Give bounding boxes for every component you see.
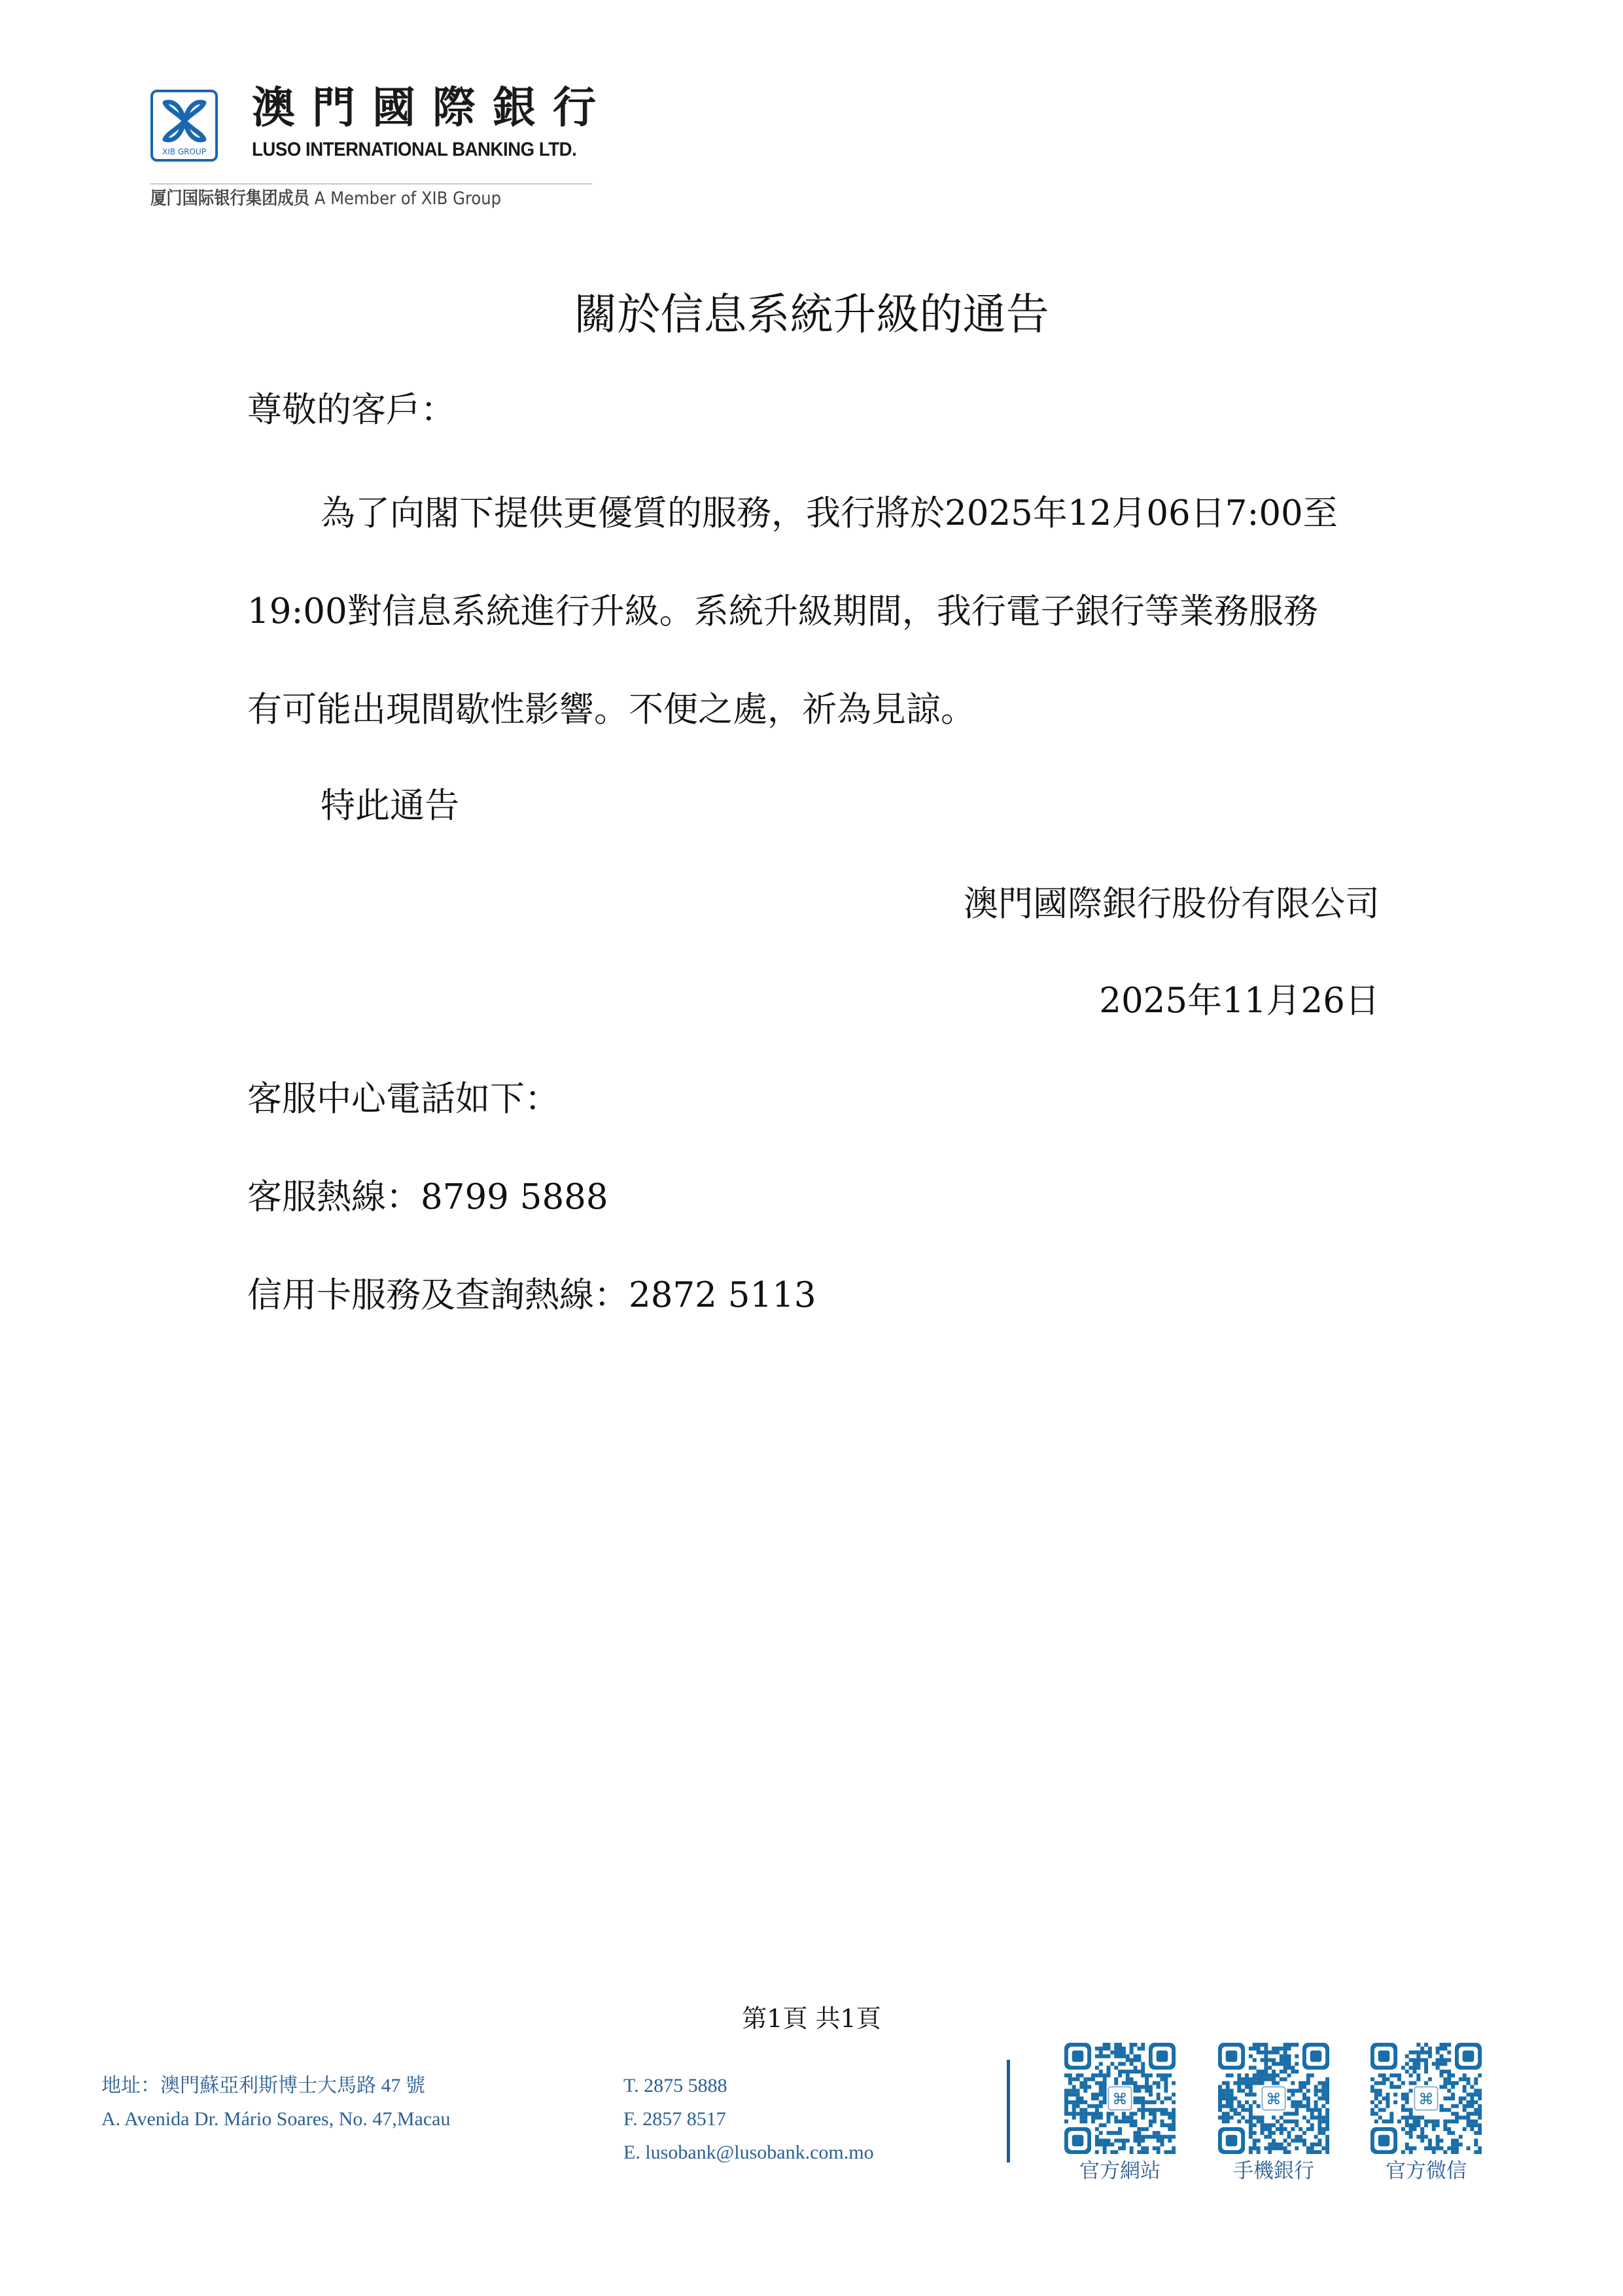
customer-service-hotline: 客服熱線：8799 5888 [247, 1180, 608, 1214]
brand-name-english: LUSO INTERNATIONAL BANKING LTD. [252, 140, 576, 160]
address-chinese: 地址：澳門蘇亞利斯博士大馬路 47 號 [101, 2076, 425, 2096]
address-english: A. Avenida Dr. Mário Soares, No. 47,Maca… [101, 2110, 451, 2129]
qr-code-website[interactable]: ⌘ [1064, 2043, 1176, 2154]
xib-clover-icon [158, 96, 211, 146]
qr-label-website: 官方網站 [1064, 2161, 1176, 2181]
salutation: 尊敬的客戶： [247, 393, 455, 427]
svg-text:⌘: ⌘ [1266, 2090, 1281, 2108]
notice-title: 關於信息系統升級的通告 [0, 293, 1623, 336]
signature-date: 2025年11月26日 [1099, 983, 1380, 1018]
footer-email[interactable]: E. lusobank@lusobank.com.mo [623, 2143, 874, 2163]
qr-label-mobile-banking: 手機銀行 [1218, 2161, 1329, 2181]
body-line-1: 為了向閣下提供更優質的服務，我行將於2025年12月06日7:00至 [321, 496, 1338, 531]
qr-label-wechat: 官方微信 [1370, 2161, 1482, 2181]
svg-text:⌘: ⌘ [1112, 2090, 1127, 2108]
svg-text:⌘: ⌘ [1418, 2090, 1433, 2108]
credit-card-hotline: 信用卡服務及查詢熱線：2872 5113 [247, 1278, 816, 1313]
footer-vertical-divider [1007, 2060, 1010, 2163]
header-divider [150, 183, 592, 185]
footer-telephone: T. 2875 5888 [623, 2076, 727, 2096]
xib-logo: XIB GROUP [150, 90, 218, 162]
brand-name-chinese: 澳門國際銀行 [252, 86, 613, 130]
page-number: 第1頁 共1頁 [0, 2006, 1623, 2031]
member-text-english: A Member of XIB Group [315, 188, 501, 209]
body-line-2: 19:00對信息系統進行升級。系統升級期間，我行電子銀行等業務服務 [247, 594, 1318, 629]
footer-fax: F. 2857 8517 [623, 2110, 726, 2129]
body-line-3: 有可能出現間歇性影響。不便之處，祈為見諒。 [247, 692, 975, 727]
qr-code-icon: ⌘ [1218, 2043, 1329, 2154]
signature-organization: 澳門國際銀行股份有限公司 [964, 887, 1380, 921]
contact-heading: 客服中心電話如下： [247, 1082, 559, 1116]
qr-code-icon: ⌘ [1064, 2043, 1176, 2154]
notice-closing: 特此通告 [321, 788, 459, 823]
logo-subtitle: XIB GROUP [153, 147, 215, 156]
qr-code-icon: ⌘ [1370, 2043, 1482, 2154]
member-text-chinese: 厦门国际银行集团成员 [150, 188, 309, 209]
qr-code-wechat[interactable]: ⌘ [1370, 2043, 1482, 2154]
group-member-tagline: 厦门国际银行集团成员 A Member of XIB Group [150, 190, 501, 207]
qr-code-mobile-banking[interactable]: ⌘ [1218, 2043, 1329, 2154]
